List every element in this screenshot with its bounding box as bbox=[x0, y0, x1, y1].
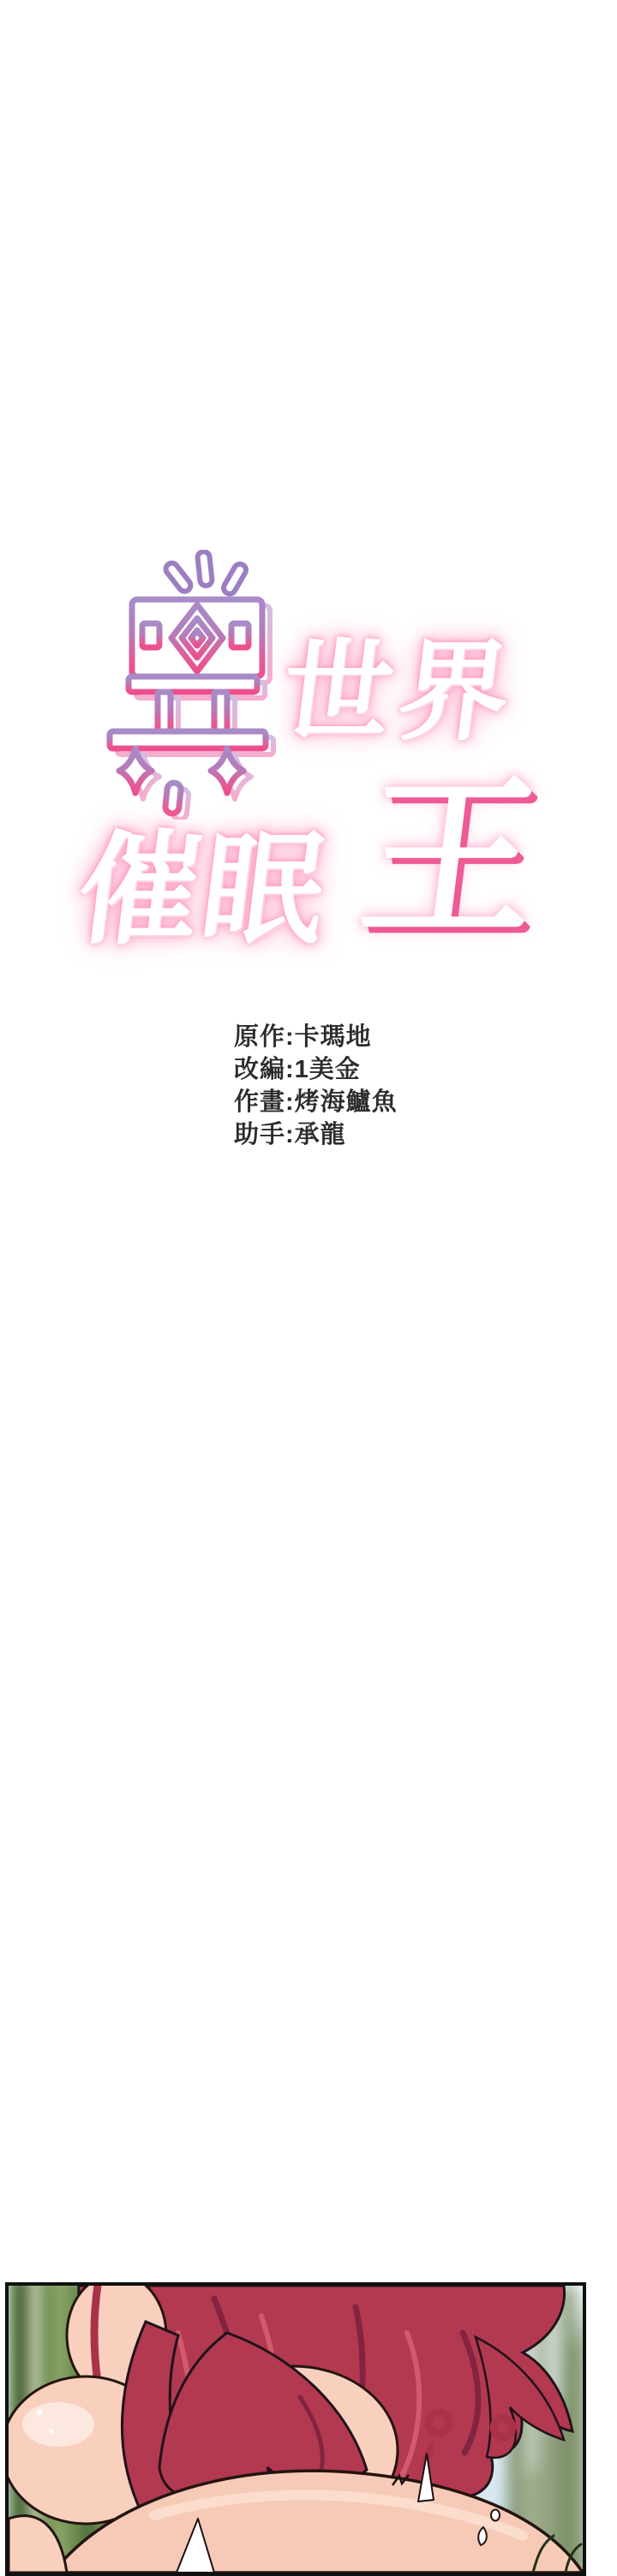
credit-line-original: 原作:卡瑪地 bbox=[234, 1021, 398, 1053]
comic-title-page: 世界 催眠 王 原作:卡瑪地 改編:1美金 作畫:烤海鱸魚 助手:承龍 bbox=[0, 0, 617, 2576]
credit-line-art: 作畫:烤海鱸魚 bbox=[234, 1086, 398, 1118]
title-wang: 王 bbox=[352, 769, 548, 949]
credit-line-assistant: 助手:承龍 bbox=[234, 1118, 398, 1151]
credits-block: 原作:卡瑪地 改編:1美金 作畫:烤海鱸魚 助手:承龍 bbox=[234, 1021, 398, 1151]
comic-panel bbox=[5, 2282, 586, 2576]
title-shijie: 世界 bbox=[276, 635, 523, 749]
sparkle-rays-icon bbox=[164, 551, 249, 596]
panel-illustration bbox=[9, 2286, 583, 2573]
credit-line-adaptation: 改編:1美金 bbox=[234, 1053, 398, 1086]
title-yi-logo bbox=[105, 550, 276, 820]
title-cuimian: 催眠 bbox=[71, 827, 333, 954]
